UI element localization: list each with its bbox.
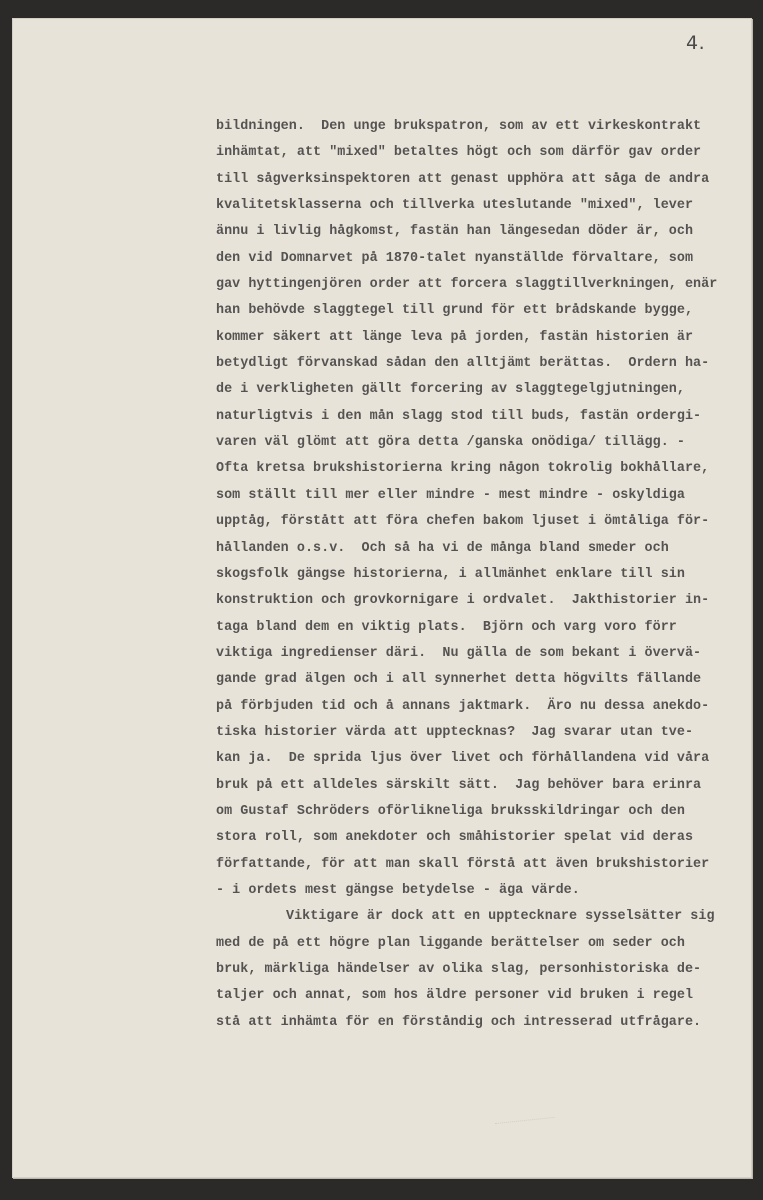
text-line: med de på ett högre plan liggande berätt… [216,931,756,957]
text-line: kan ja. De sprida ljus över livet och fö… [216,746,756,772]
text-line: bildningen. Den unge brukspatron, som av… [216,114,756,140]
text-line: inhämtat, att "mixed" betaltes högt och … [216,140,756,166]
document-page: 4. bildningen. Den unge brukspatron, som… [12,18,752,1178]
text-line: konstruktion och grovkornigare i ordvale… [216,588,756,614]
text-line: gande grad älgen och i all synnerhet det… [216,667,756,693]
text-line: kvalitetsklasserna och tillverka uteslut… [216,193,756,219]
text-line: författande, för att man skall förstå at… [216,852,756,878]
text-line: de i verkligheten gällt forcering av sla… [216,377,756,403]
text-line: gav hyttingenjören order att forcera sla… [216,272,756,298]
text-line: bruk, märkliga händelser av olika slag, … [216,957,756,983]
paragraph-1: bildningen. Den unge brukspatron, som av… [216,114,756,904]
text-line: betydligt förvanskad sådan den alltjämt … [216,351,756,377]
text-line: upptåg, förstått att föra chefen bakom l… [216,509,756,535]
ink-bleed-mark [493,1103,554,1124]
text-line: som ställt till mer eller mindre - mest … [216,483,756,509]
text-line: till sågverksinspektoren att genast upph… [216,167,756,193]
text-line: taga bland dem en viktig plats. Björn oc… [216,615,756,641]
text-line: kommer säkert att länge leva på jorden, … [216,325,756,351]
text-line: - i ordets mest gängse betydelse - äga v… [216,878,756,904]
text-line: tiska historier värda att upptecknas? Ja… [216,720,756,746]
page-number: 4. [686,32,705,54]
text-line: bruk på ett alldeles särskilt sätt. Jag … [216,773,756,799]
text-line: ännu i livlig hågkomst, fastän han länge… [216,219,756,245]
text-line: om Gustaf Schröders oförlikneliga brukss… [216,799,756,825]
text-line: stora roll, som anekdoter och småhistori… [216,825,756,851]
text-line: varen väl glömt att göra detta /ganska o… [216,430,756,456]
text-line: Viktigare är dock att en upptecknare sys… [216,904,756,930]
text-line: Ofta kretsa brukshistorierna kring någon… [216,456,756,482]
text-line: den vid Domnarvet på 1870-talet nyanstäl… [216,246,756,272]
text-line: han behövde slaggtegel till grund för et… [216,298,756,324]
text-line: hållanden o.s.v. Och så ha vi de många b… [216,536,756,562]
text-line: naturligtvis i den mån slagg stod till b… [216,404,756,430]
text-line: stå att inhämta för en förståndig och in… [216,1010,756,1036]
document-body: bildningen. Den unge brukspatron, som av… [216,114,756,1036]
paragraph-2: Viktigare är dock att en upptecknare sys… [216,904,756,1036]
text-line: viktiga ingredienser däri. Nu gälla de s… [216,641,756,667]
text-line: på förbjuden tid och å annans jaktmark. … [216,694,756,720]
text-line: taljer och annat, som hos äldre personer… [216,983,756,1009]
text-line: skogsfolk gängse historierna, i allmänhe… [216,562,756,588]
